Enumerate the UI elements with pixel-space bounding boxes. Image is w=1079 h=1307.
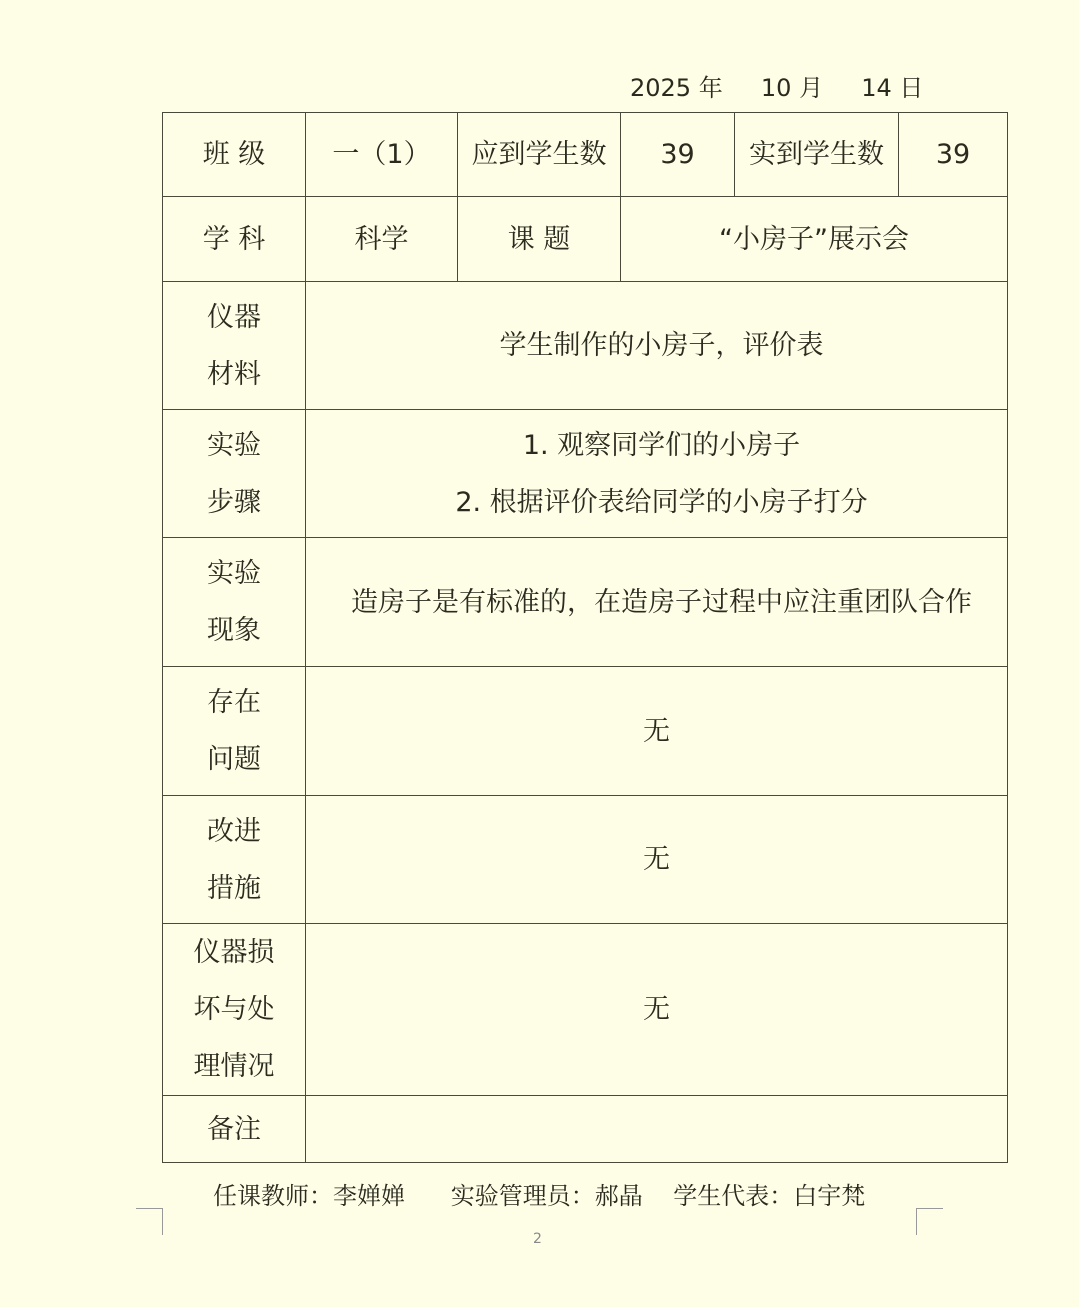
date-line: 2025 年 10 月 14 日 (630, 68, 923, 103)
expected-students-label: 应到学生数 (458, 113, 621, 197)
steps-value: 1. 观察同学们的小房子2. 根据评价表给同学的小房子打分 (306, 410, 1008, 538)
damage-value: 无 (306, 924, 1008, 1096)
problems-value: 无 (306, 667, 1008, 796)
page-corner-mark-right (916, 1208, 943, 1235)
experiment-record-table: 班 级 一（1） 应到学生数 39 实到学生数 39 学 科 科学 课 题 “小… (162, 112, 1008, 1163)
topic-label: 课 题 (458, 197, 621, 282)
teacher-signature: 任课教师：李婵婵 (213, 1182, 405, 1210)
phenomenon-label: 实验现象 (163, 538, 306, 667)
expected-students-value: 39 (621, 113, 735, 197)
materials-value: 学生制作的小房子，评价表 (306, 282, 1008, 410)
student-signature: 学生代表：白宇梵 (673, 1182, 865, 1210)
steps-label: 实验步骤 (163, 410, 306, 538)
page-number: 2 (533, 1231, 542, 1247)
class-value: 一（1） (306, 113, 458, 197)
class-label: 班 级 (163, 113, 306, 197)
actual-students-value: 39 (899, 113, 1008, 197)
remarks-label: 备注 (163, 1096, 306, 1163)
subject-value: 科学 (306, 197, 458, 282)
improvements-label: 改进措施 (163, 796, 306, 924)
materials-label: 仪器材料 (163, 282, 306, 410)
remarks-value (306, 1096, 1008, 1163)
topic-value: “小房子”展示会 (621, 197, 1008, 282)
damage-label: 仪器损坏与处理情况 (163, 924, 306, 1096)
subject-label: 学 科 (163, 197, 306, 282)
signature-line: 任课教师：李婵婵 实验管理员：郝晶 学生代表：白宇梵 (213, 1176, 865, 1211)
actual-students-label: 实到学生数 (735, 113, 899, 197)
admin-signature: 实验管理员：郝晶 (451, 1182, 643, 1210)
phenomenon-value: 造房子是有标准的，在造房子过程中应注重团队合作 (306, 538, 1008, 667)
improvements-value: 无 (306, 796, 1008, 924)
problems-label: 存在问题 (163, 667, 306, 796)
page-corner-mark-left (136, 1208, 163, 1235)
